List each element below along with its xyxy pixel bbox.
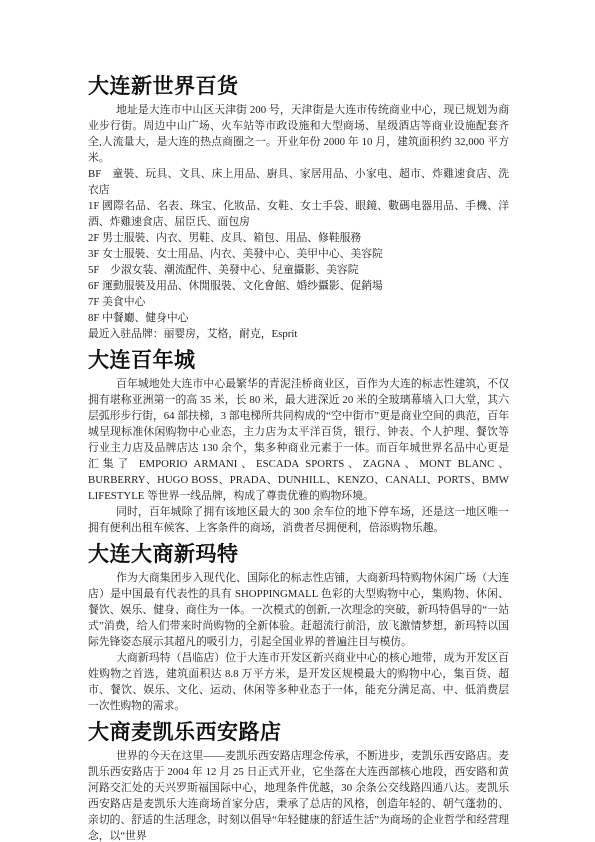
floor-line-bf: BF 童裝、玩具、文具、床上用品、廚具、家居用品、小家电、超市、炸雞速食店、洗衣… xyxy=(88,166,509,198)
section-heading-parkland: 大连百年城 xyxy=(88,347,509,373)
paragraph-new-mart-changlin: 大商新玛特（昌临店）位于大连市开发区新兴商业中心的核心地带，成为开发区百姓购物之… xyxy=(88,650,509,714)
floor-line-8f: 8F 中餐廳、健身中心 xyxy=(88,310,509,326)
section-dalian-new-world-department-store: 大连新世界百货 地址是大连市中山区天津街 200 号，天津街是大连市传统商业中心… xyxy=(88,73,509,342)
section-dalian-dashang-new-mart: 大连大商新玛特 作为大商集团步入现代化、国际化的标志性店铺，大商新玛特购物休闲广… xyxy=(88,541,509,714)
section-dalian-parkland: 大连百年城 百年城地处大连市中心最繁华的青泥洼桥商业区，百作为大连的标志性建筑，… xyxy=(88,347,509,536)
paragraph-new-mart-intro: 作为大商集团步入现代化、国际化的标志性店铺，大商新玛特购物休闲广场（大连店）是中… xyxy=(88,570,509,650)
paragraph-mykal-intro: 世界的今天在这里——麦凯乐西安路店理念传承，不断进步，麦凯乐西安路店。麦凯乐西安… xyxy=(88,748,509,842)
section-heading-new-world: 大连新世界百货 xyxy=(88,73,509,99)
floor-line-6f: 6F 運動服裝及用品、休閒服裝、文化會館、婚纱攝影、促銷場 xyxy=(88,278,509,294)
document-content: 大连新世界百货 地址是大连市中山区天津街 200 号，天津街是大连市传统商业中心… xyxy=(88,73,509,842)
paragraph-new-world-intro: 地址是大连市中山区天津街 200 号，天津街是大连市传统商业中心，现已规划为商业… xyxy=(88,102,509,166)
paragraph-parkland-parking: 同时，百年城除了拥有该地区最大的 300 余车位的地下停车场，还是这一地区唯一拥… xyxy=(88,504,509,536)
floor-line-7f: 7F 美食中心 xyxy=(88,294,509,310)
recent-brands-line: 最近入驻品牌：丽婴房，艾格，耐克，Esprit xyxy=(88,326,509,342)
document-page: 大连新世界百货 地址是大连市中山区天津街 200 号，天津街是大连市传统商业中心… xyxy=(0,0,595,842)
section-heading-mykal: 大商麦凯乐西安路店 xyxy=(88,719,509,745)
floor-line-1f: 1F 國際名品、名表、珠宝、化妝品、女鞋、女士手袋、眼鏡、數碼电器用品、手機、洋… xyxy=(88,198,509,230)
section-dashang-mykal-xian-road: 大商麦凯乐西安路店 世界的今天在这里——麦凯乐西安路店理念传承，不断进步，麦凯乐… xyxy=(88,719,509,842)
floor-line-3f: 3F 女士服裝、女士用品、内衣、美發中心、美甲中心、美容院 xyxy=(88,246,509,262)
section-heading-new-mart: 大连大商新玛特 xyxy=(88,541,509,567)
floor-line-2f: 2F 男士服裝、内衣、男鞋、皮具、箱包、用品、修鞋服務 xyxy=(88,230,509,246)
floor-line-5f: 5F 少淑女装、潮流配件、美發中心、兒童攝影、美容院 xyxy=(88,262,509,278)
paragraph-parkland-intro: 百年城地处大连市中心最繁华的青泥洼桥商业区，百作为大连的标志性建筑，不仅拥有堪称… xyxy=(88,376,509,504)
